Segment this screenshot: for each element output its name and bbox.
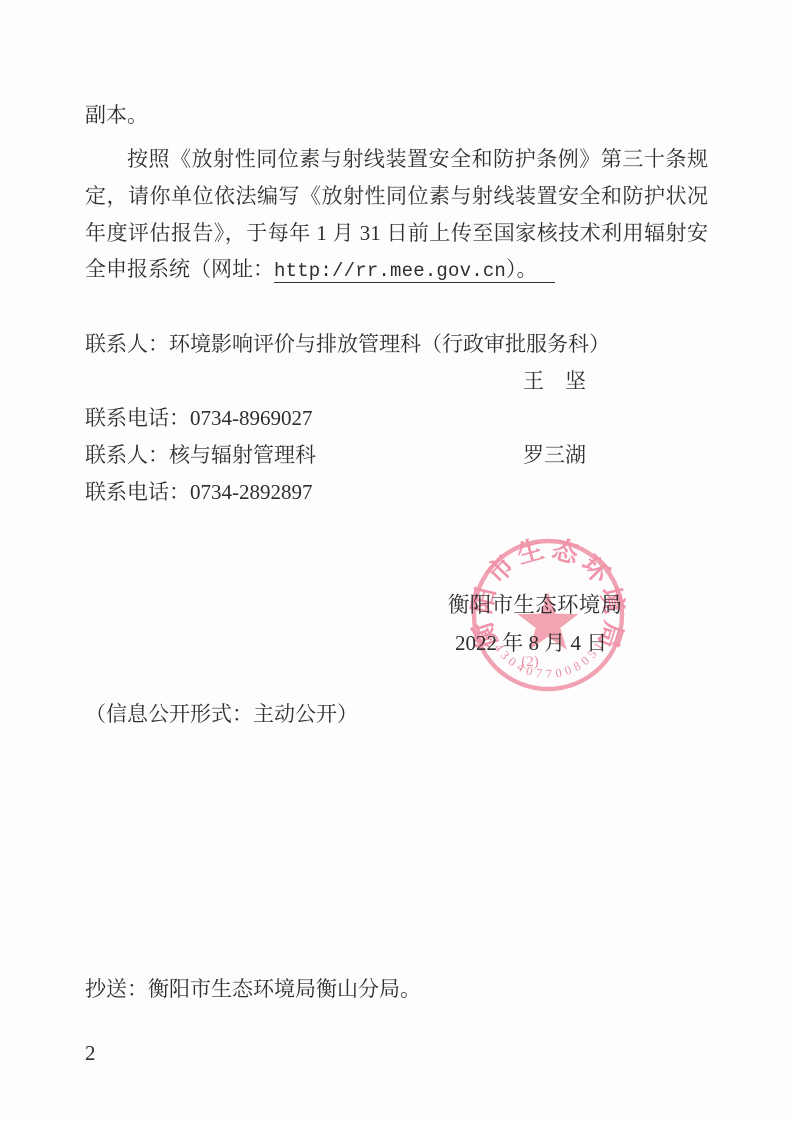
paragraph-line-3: 年度评估报告》，于每年 1 月 31 日前上传至国家核技术利用辐射安	[85, 215, 708, 252]
contact-phone-1: 联系电话：0734-8969027	[85, 400, 708, 437]
report-system-url: http://rr.mee.gov.cn	[274, 260, 506, 282]
contact-phone-2: 联系电话：0734-2892897	[85, 474, 708, 511]
page-number: 2	[85, 1039, 96, 1067]
copy-note: 副本。	[85, 97, 148, 134]
contact-line-1: 联系人：环境影响评价与排放管理科（行政审批服务科）	[85, 326, 708, 363]
last-line-prefix: 全申报系统（网址：	[85, 257, 274, 281]
contact-line-2: 联系人：核与辐射管理科	[85, 443, 316, 467]
body-paragraph: 按照《放射性同位素与射线装置安全和防护条例》第三十条规 定，请你单位依法编写《放…	[85, 141, 708, 290]
paragraph-line-4: 全申报系统（网址：http://rr.mee.gov.cn）。	[85, 251, 708, 290]
contact-name-1: 王 坚	[85, 363, 708, 400]
contact-block: 联系人：环境影响评价与排放管理科（行政审批服务科） 王 坚 联系电话：0734-…	[85, 326, 708, 511]
cc-line: 抄送：衡阳市生态环境局衡山分局。	[85, 971, 421, 1008]
contact-name-2: 罗三湖	[523, 437, 586, 474]
contact-line-2-row: 联系人：核与辐射管理科 罗三湖	[85, 437, 708, 474]
paragraph-line-2: 定，请你单位依法编写《放射性同位素与射线装置安全和防护状况	[85, 178, 708, 215]
underlined-segment: http://rr.mee.gov.cn）。	[274, 257, 555, 283]
signature-date: 2022 年 8 月 4 日	[455, 629, 607, 657]
disclosure-note: （信息公开形式：主动公开）	[85, 696, 358, 733]
signature-agency: 衡阳市生态环境局	[448, 591, 622, 619]
document-page: 副本。 按照《放射性同位素与射线装置安全和防护条例》第三十条规 定，请你单位依法…	[0, 0, 790, 1121]
last-line-suffix: ）。	[506, 257, 538, 281]
paragraph-line-1: 按照《放射性同位素与射线装置安全和防护条例》第三十条规	[85, 141, 708, 178]
